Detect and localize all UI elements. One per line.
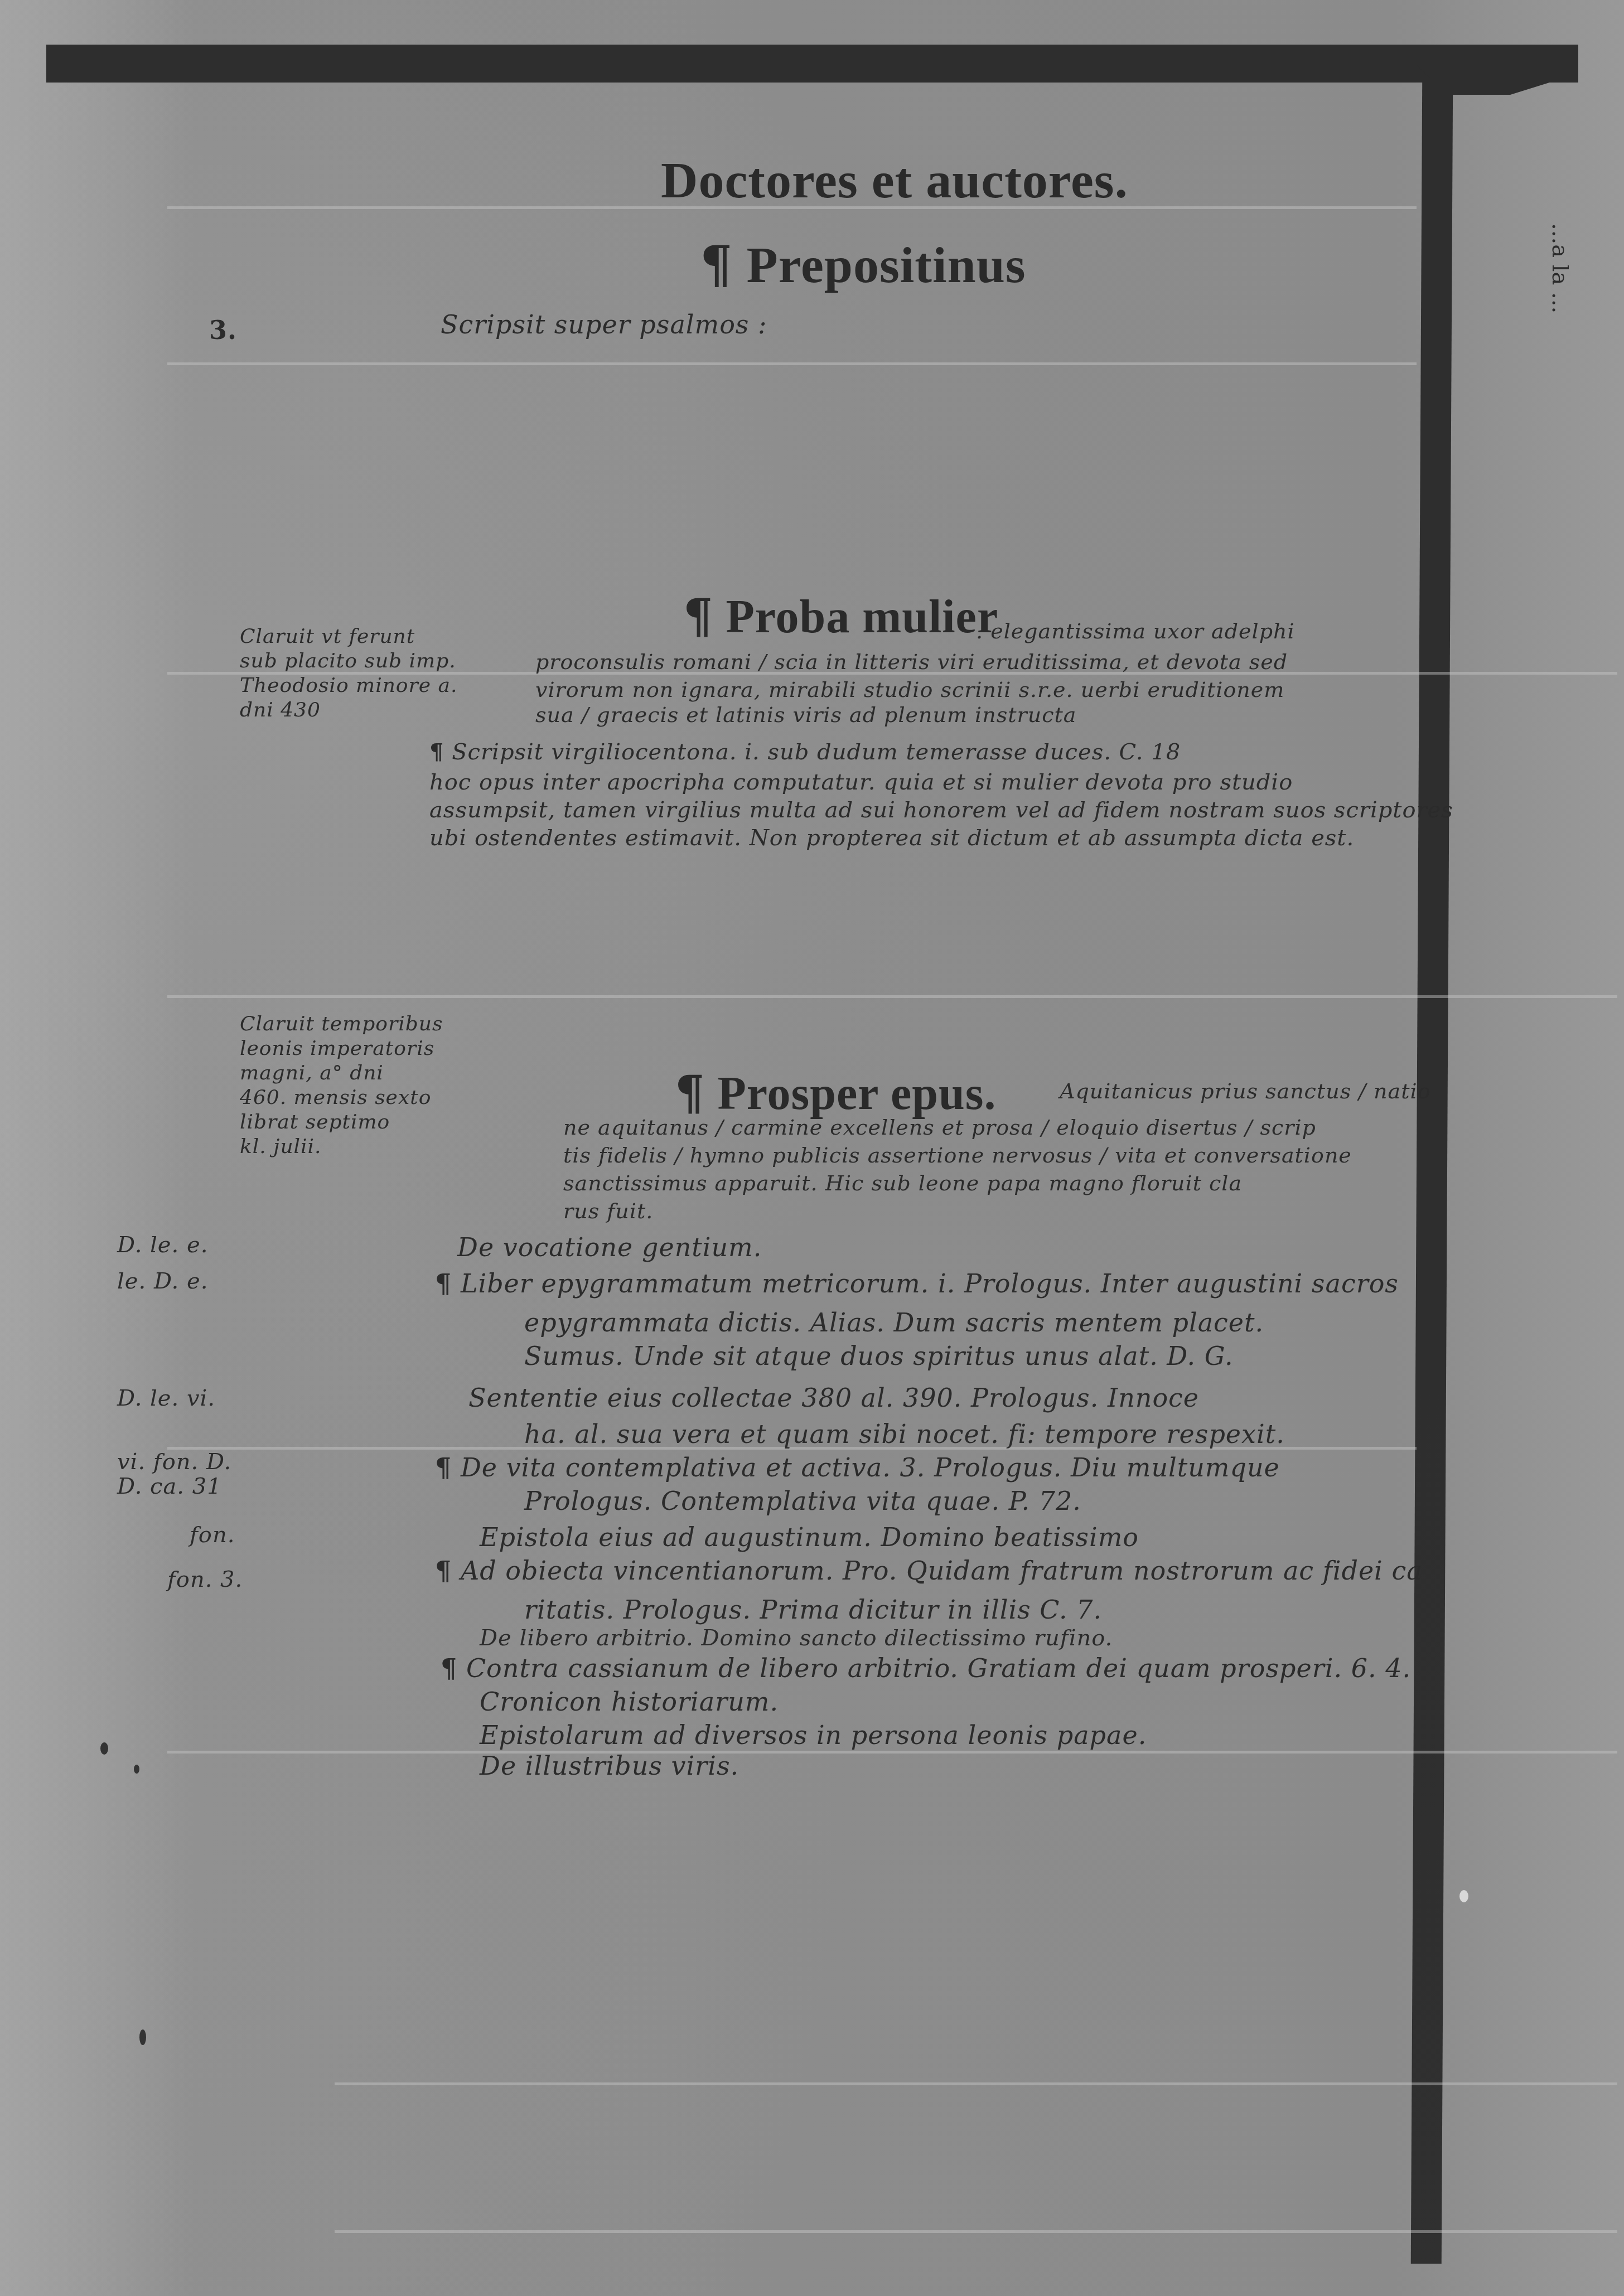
pilcrow-icon: ¶ (683, 588, 713, 643)
pilcrow-icon: ¶ (435, 1268, 452, 1299)
ruling-line (335, 2230, 1617, 2233)
water-stain (0, 0, 190, 2296)
work-line: ¶ Liber epygrammatum metricorum. i. Prol… (435, 1268, 1399, 1299)
bio-line: rus fuit. (563, 1199, 653, 1223)
ruling-line (167, 1751, 1617, 1754)
work-line: Sumus. Unde sit atque duos spiritus unus… (524, 1341, 1234, 1371)
work-line: Scripsit super psalmos : (441, 309, 767, 340)
right-frame-rule (1411, 78, 1453, 2264)
ruling-line (167, 362, 1417, 365)
margin-note-proba: Claruit vt ferunt sub placito sub imp. T… (240, 624, 457, 723)
work-line: ¶ De vita contemplativa et activa. 3. Pr… (435, 1452, 1280, 1483)
bio-line: virorum non ignara, mirabili studio scri… (535, 677, 1284, 702)
pilcrow-icon: ¶ (435, 1556, 452, 1586)
edge-fragment-text: ...a la ... (1550, 223, 1573, 379)
pilcrow-icon: ¶ (441, 1653, 457, 1683)
top-frame-rule (46, 45, 1578, 83)
work-line: assumpsit, tamen virgilius multa ad sui … (429, 797, 1453, 823)
work-siglum: fon. (190, 1522, 235, 1548)
work-siglum: fon. 3. (167, 1567, 243, 1592)
entry-heading-proba: ¶ Proba mulier (683, 588, 998, 644)
work-line: ¶ Contra cassianum de libero arbitrio. G… (441, 1653, 1411, 1683)
manuscript-page: Doctores et auctores. ¶ Prepositinus 3. … (0, 0, 1624, 2296)
ruling-line (335, 2082, 1617, 2085)
work-siglum: vi. fon. D. D. ca. 31 (117, 1450, 231, 1499)
author-name: Proba mulier (726, 591, 998, 643)
work-siglum: D. le. e. (117, 1232, 208, 1258)
bio-line: sanctissimus apparuit. Hic sub leone pap… (563, 1171, 1242, 1195)
work-line: De libero arbitrio. Domino sancto dilect… (480, 1625, 1113, 1651)
bio-line: . elegantissima uxor adelphi (976, 619, 1295, 643)
margin-note-prosper: Claruit temporibus leonis imperatoris ma… (240, 1012, 443, 1159)
work-line: ritatis. Prologus. Prima dicitur in illi… (524, 1595, 1102, 1625)
ink-speck (100, 1742, 108, 1755)
bio-line: proconsulis romani / scia in litteris vi… (535, 650, 1288, 674)
bio-line: sua / graecis et latinis viris ad plenum… (535, 703, 1076, 727)
page-title: Doctores et auctores. (661, 151, 1128, 210)
work-line: epygrammata dictis. Alias. Dum sacris me… (524, 1307, 1264, 1338)
ruling-line (167, 995, 1617, 998)
work-line: Sententie eius collectae 380 al. 390. Pr… (468, 1383, 1199, 1413)
margin-number: 3. (209, 315, 237, 345)
work-line: ¶ Scripsit virgiliocentona. i. sub dudum… (429, 739, 1181, 765)
work-line: Epistola eius ad augustinum. Domino beat… (480, 1522, 1139, 1552)
work-line: De vocatione gentium. (457, 1232, 762, 1262)
work-line: De illustribus viris. (480, 1751, 739, 1781)
author-name: Prepositinus (747, 236, 1026, 293)
author-name: Prosper epus. (717, 1068, 996, 1120)
entry-heading-prepositinus: ¶ Prepositinus (700, 234, 1026, 294)
bio-line: tis fidelis / hymno publicis assertione … (563, 1143, 1352, 1168)
ink-speck (139, 2029, 146, 2045)
bio-line: ne aquitanus / carmine excellens et pros… (563, 1115, 1316, 1140)
work-line: hoc opus inter apocripha computatur. qui… (429, 769, 1293, 795)
work-line: ¶ Ad obiecta vincentianorum. Pro. Quidam… (435, 1556, 1423, 1586)
work-line: Prologus. Contemplativa vita quae. P. 72… (524, 1486, 1081, 1516)
pilcrow-icon: ¶ (675, 1065, 705, 1120)
pilcrow-icon: ¶ (700, 234, 733, 294)
work-siglum: D. le. vi. (117, 1386, 215, 1411)
pilcrow-icon: ¶ (435, 1452, 452, 1483)
work-line: ubi ostendentes estimavit. Non propterea… (429, 825, 1354, 851)
ink-speck (134, 1765, 139, 1774)
work-line: Epistolarum ad diversos in persona leoni… (480, 1720, 1147, 1750)
work-line: ha. al. sua vera et quam sibi nocet. fi:… (524, 1419, 1285, 1449)
bio-line: Aquitanicus prius sanctus / natio (1060, 1079, 1431, 1103)
pilcrow-icon: ¶ (429, 739, 444, 765)
entry-heading-prosper: ¶ Prosper epus. (675, 1065, 996, 1121)
pinhole (1459, 1890, 1468, 1902)
work-line: Cronicon historiarum. (480, 1687, 779, 1717)
work-siglum: le. D. e. (117, 1268, 208, 1294)
